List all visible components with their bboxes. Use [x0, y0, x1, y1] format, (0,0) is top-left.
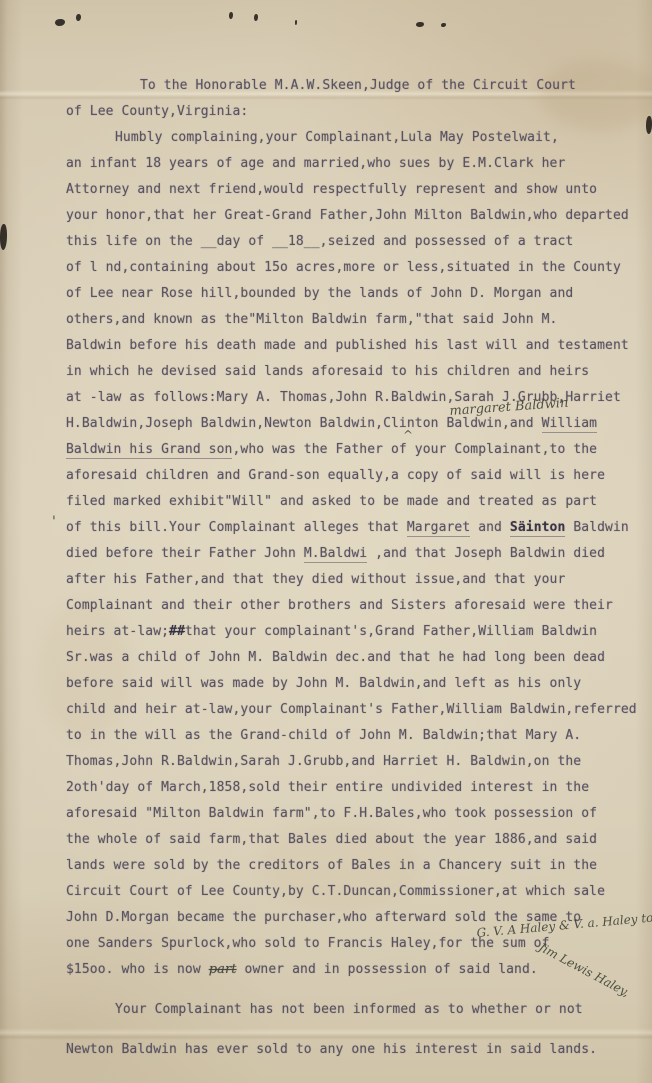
- typed-line: before said will was made by John M. Bal…: [66, 676, 581, 692]
- typed-text-segment: M.Baldwi: [304, 546, 367, 563]
- ink-speck: [441, 23, 446, 27]
- typed-text-segment: heirs at-law;: [66, 624, 169, 639]
- typed-text-segment: of Lee near Rose hill,bounded by the lan…: [66, 286, 573, 301]
- typed-text-segment: after his Father,and that they died with…: [66, 572, 565, 587]
- typed-text-segment: Säinton: [510, 520, 566, 537]
- ink-speck: [254, 14, 258, 21]
- typed-line: of l nd,containing about 15o acres,more …: [66, 260, 621, 276]
- typed-text-segment: that your complainant's,Grand Father,Wil…: [185, 624, 597, 639]
- document-page: To the Honorable M.A.W.Skeen,Judge of th…: [0, 0, 652, 1083]
- typed-text-segment: Baldwin: [565, 520, 628, 535]
- typed-text-segment: Humbly complaining,your Complainant,Lula…: [115, 130, 559, 145]
- typed-line: an infant 18 years of age and married,wh…: [66, 156, 565, 172]
- typed-text-segment: 2oth'day of March,1858,sold their entire…: [66, 780, 589, 795]
- typed-text-segment: owner and in possession of said land.: [237, 962, 538, 977]
- typed-text-segment: an infant 18 years of age and married,wh…: [66, 156, 565, 171]
- typed-line: this life on the __day of __18__,seized …: [66, 234, 573, 250]
- typed-line: Sr.was a child of John M. Baldwin dec.an…: [66, 650, 605, 666]
- typed-line: of Lee County,Virginia:: [66, 104, 248, 120]
- typed-text-segment: the whole of said farm,that Bales died a…: [66, 832, 597, 847]
- typed-text-segment: of this bill.Your Complainant alleges th…: [66, 520, 407, 535]
- typed-line: $15oo. who is now part owner and in poss…: [66, 962, 538, 978]
- typed-line: the whole of said farm,that Bales died a…: [66, 832, 597, 848]
- typed-text-segment: Baldwin his Grand son: [66, 442, 232, 459]
- typed-line: in which he devised said lands aforesaid…: [66, 364, 589, 380]
- typed-text-segment: Baldwin before his death made and publis…: [66, 338, 629, 353]
- typed-text-segment: and: [470, 520, 510, 535]
- typed-text-segment: child and heir at-law,your Complainant's…: [66, 702, 637, 717]
- typed-line: Complainant and their other brothers and…: [66, 598, 613, 614]
- typed-line: H.Baldwin,Joseph Baldwin,Newton Baldwin,…: [66, 416, 597, 432]
- typed-line: filed marked exhibit"Will" and asked to …: [66, 494, 597, 510]
- ink-speck: [416, 22, 424, 27]
- typed-text-segment: Attorney and next friend,would respectfu…: [66, 182, 597, 197]
- typed-text-segment: ,who was the Father of your Complainant,…: [232, 442, 597, 457]
- typed-text-segment: William: [542, 416, 598, 433]
- typed-line: Humbly complaining,your Complainant,Lula…: [66, 130, 559, 146]
- margin-tick-mark: ': [52, 514, 56, 530]
- paper-stain: [40, 600, 130, 740]
- typed-text-segment: H.Baldwin,Joseph Baldwin,Newton Baldwin,…: [66, 416, 542, 431]
- typed-text-segment: To the Honorable M.A.W.Skeen,Judge of th…: [140, 78, 576, 93]
- typed-line: Your Complainant has not been informed a…: [66, 1002, 583, 1018]
- handwritten-correction: part: [209, 962, 237, 977]
- ink-speck: [76, 14, 81, 21]
- typed-text-segment: Thomas,John R.Baldwin,Sarah J.Grubb,and …: [66, 754, 581, 769]
- typed-line: Newton Baldwin has ever sold to any one …: [66, 1042, 597, 1058]
- typed-line: died before their Father John M.Baldwi ,…: [66, 546, 605, 562]
- ink-speck: [55, 19, 65, 26]
- typed-text-segment: ,and that Joseph Baldwin died: [367, 546, 605, 561]
- typed-text-segment: filed marked exhibit"Will" and asked to …: [66, 494, 597, 509]
- handwritten-haley-signature: Jim Lewis Haley,: [536, 940, 631, 1000]
- typed-line: aforesaid children and Grand-son equally…: [66, 468, 605, 484]
- typed-line: to in the will as the Grand-child of Joh…: [66, 728, 581, 744]
- typed-text-segment: lands were sold by the creditors of Bale…: [66, 858, 597, 873]
- ink-speck: [646, 116, 652, 134]
- typed-line: Attorney and next friend,would respectfu…: [66, 182, 597, 198]
- typed-line: of this bill.Your Complainant alleges th…: [66, 520, 629, 536]
- typed-line: To the Honorable M.A.W.Skeen,Judge of th…: [66, 78, 576, 94]
- typed-text-segment: of Lee County,Virginia:: [66, 104, 248, 119]
- typed-line: aforesaid "Milton Baldwin farm",to F.H.B…: [66, 806, 597, 822]
- typed-text-segment: others,and known as the"Milton Baldwin f…: [66, 312, 557, 327]
- typed-line: Circuit Court of Lee County,by C.T.Dunca…: [66, 884, 605, 900]
- typed-line: of Lee near Rose hill,bounded by the lan…: [66, 286, 573, 302]
- typed-text-segment: aforesaid children and Grand-son equally…: [66, 468, 605, 483]
- typed-text-segment: Margaret: [407, 520, 470, 537]
- paper-stain: [540, 60, 652, 130]
- typed-text-segment: Sr.was a child of John M. Baldwin dec.an…: [66, 650, 605, 665]
- ink-speck: [0, 224, 7, 250]
- typed-text-segment: ##: [169, 624, 185, 639]
- typed-text-segment: Newton Baldwin has ever sold to any one …: [66, 1042, 597, 1057]
- typed-line: heirs at-law;##that your complainant's,G…: [66, 624, 597, 640]
- typed-line: Thomas,John R.Baldwin,Sarah J.Grubb,and …: [66, 754, 581, 770]
- ink-speck: [295, 20, 297, 25]
- typed-text-segment: to in the will as the Grand-child of Joh…: [66, 728, 581, 743]
- typed-line: Baldwin before his death made and publis…: [66, 338, 629, 354]
- typed-text-segment: this life on the __day of __18__,seized …: [66, 234, 573, 249]
- typed-line: your honor,that her Great-Grand Father,J…: [66, 208, 629, 224]
- typed-text-segment: Your Complainant has not been informed a…: [115, 1002, 583, 1017]
- typed-text-segment: your honor,that her Great-Grand Father,J…: [66, 208, 629, 223]
- typed-line: lands were sold by the creditors of Bale…: [66, 858, 597, 874]
- typed-text-segment: of l nd,containing about 15o acres,more …: [66, 260, 621, 275]
- typed-line: after his Father,and that they died with…: [66, 572, 565, 588]
- typed-line: child and heir at-law,your Complainant's…: [66, 702, 637, 718]
- paper-fold-crease: [0, 1028, 652, 1040]
- typed-line: Baldwin his Grand son,who was the Father…: [66, 442, 597, 458]
- typed-text-segment: Circuit Court of Lee County,by C.T.Dunca…: [66, 884, 605, 899]
- typed-text-segment: died before their Father John: [66, 546, 304, 561]
- typed-text-segment: Complainant and their other brothers and…: [66, 598, 613, 613]
- typed-line: others,and known as the"Milton Baldwin f…: [66, 312, 557, 328]
- typed-text-segment: $15oo. who is now: [66, 962, 209, 977]
- typed-text-segment: before said will was made by John M. Bal…: [66, 676, 581, 691]
- typed-text-segment: in which he devised said lands aforesaid…: [66, 364, 589, 379]
- typed-line: 2oth'day of March,1858,sold their entire…: [66, 780, 589, 796]
- ink-speck: [229, 12, 233, 19]
- typed-text-segment: aforesaid "Milton Baldwin farm",to F.H.B…: [66, 806, 597, 821]
- caret-insertion-mark: ^: [403, 428, 413, 442]
